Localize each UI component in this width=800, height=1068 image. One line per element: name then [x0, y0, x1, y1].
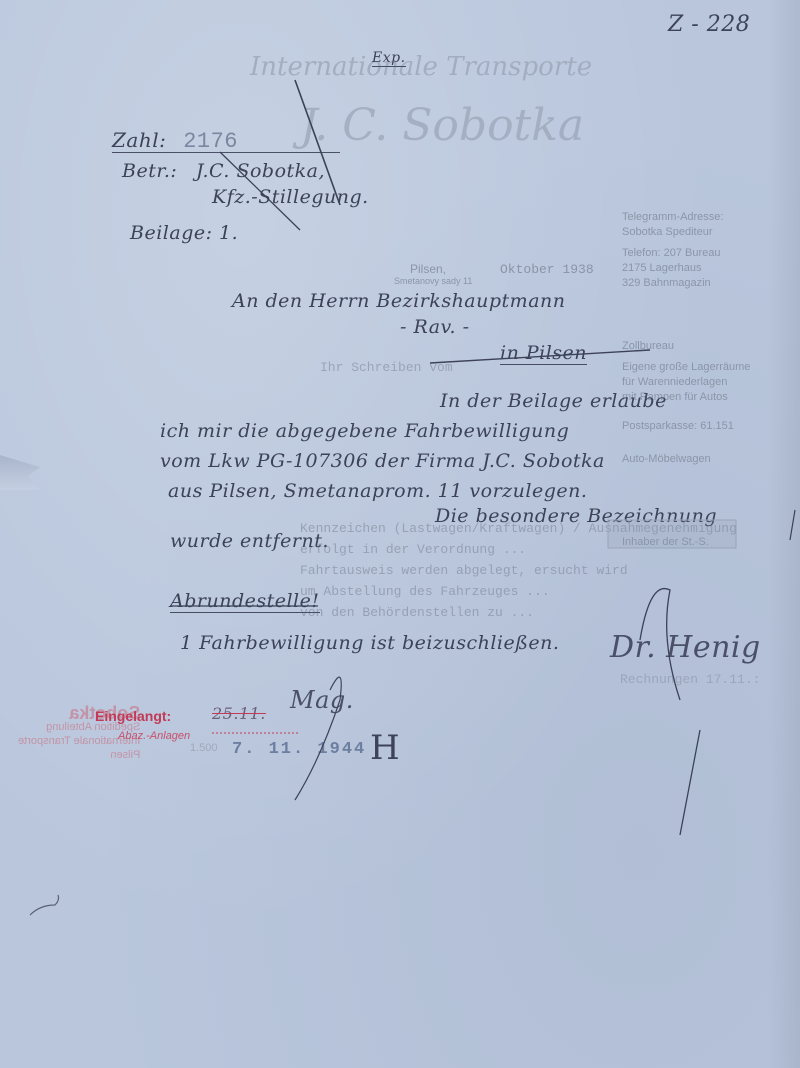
- pen-strokes: [0, 0, 800, 1068]
- signature-flourish: [640, 589, 700, 835]
- truck-logo-faint: [608, 520, 736, 548]
- underline-stroke: [430, 350, 650, 363]
- diagonal-stroke: [220, 152, 300, 230]
- bracket-stroke: [790, 510, 795, 540]
- margin-mark: [30, 895, 59, 915]
- diagonal-stroke: [295, 80, 340, 205]
- initial-flourish: [295, 677, 341, 800]
